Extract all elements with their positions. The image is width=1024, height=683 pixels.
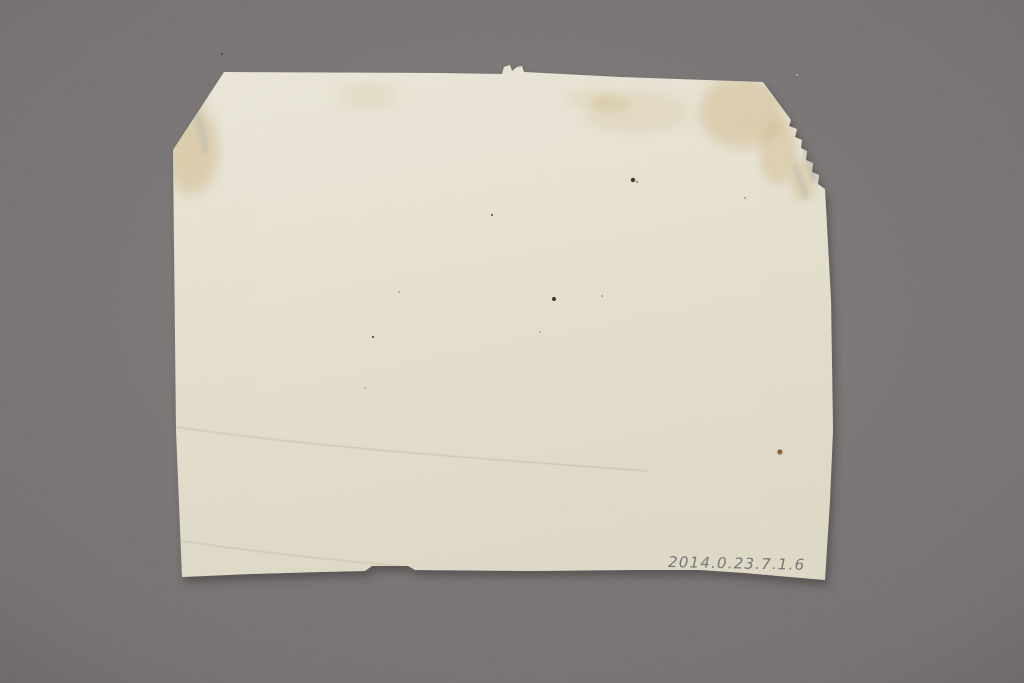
stain-top-mid-left [336, 83, 400, 109]
ink-speck [364, 387, 366, 389]
ink-speck [601, 295, 603, 297]
ink-speck [539, 331, 541, 333]
backdrop-speck [221, 53, 224, 56]
ink-speck [491, 214, 493, 216]
ink-speck [552, 297, 556, 301]
paper-verso: 2014.0.23.7.1.6 [160, 55, 850, 595]
foxing-spot-core [778, 450, 780, 452]
photograph-of-paper-verso: 2014.0.23.7.1.6 [0, 0, 1024, 683]
stain-top-right-blotch [583, 91, 687, 133]
scene-canvas: 2014.0.23.7.1.6 [0, 0, 1024, 683]
ink-speck [744, 197, 746, 199]
backdrop-dust-speck [796, 74, 798, 76]
ink-speck [631, 178, 635, 182]
ink-speck [398, 291, 400, 293]
stain-top-right-core [592, 95, 632, 113]
ink-speck-tail [636, 181, 638, 183]
ink-speck [372, 336, 374, 338]
